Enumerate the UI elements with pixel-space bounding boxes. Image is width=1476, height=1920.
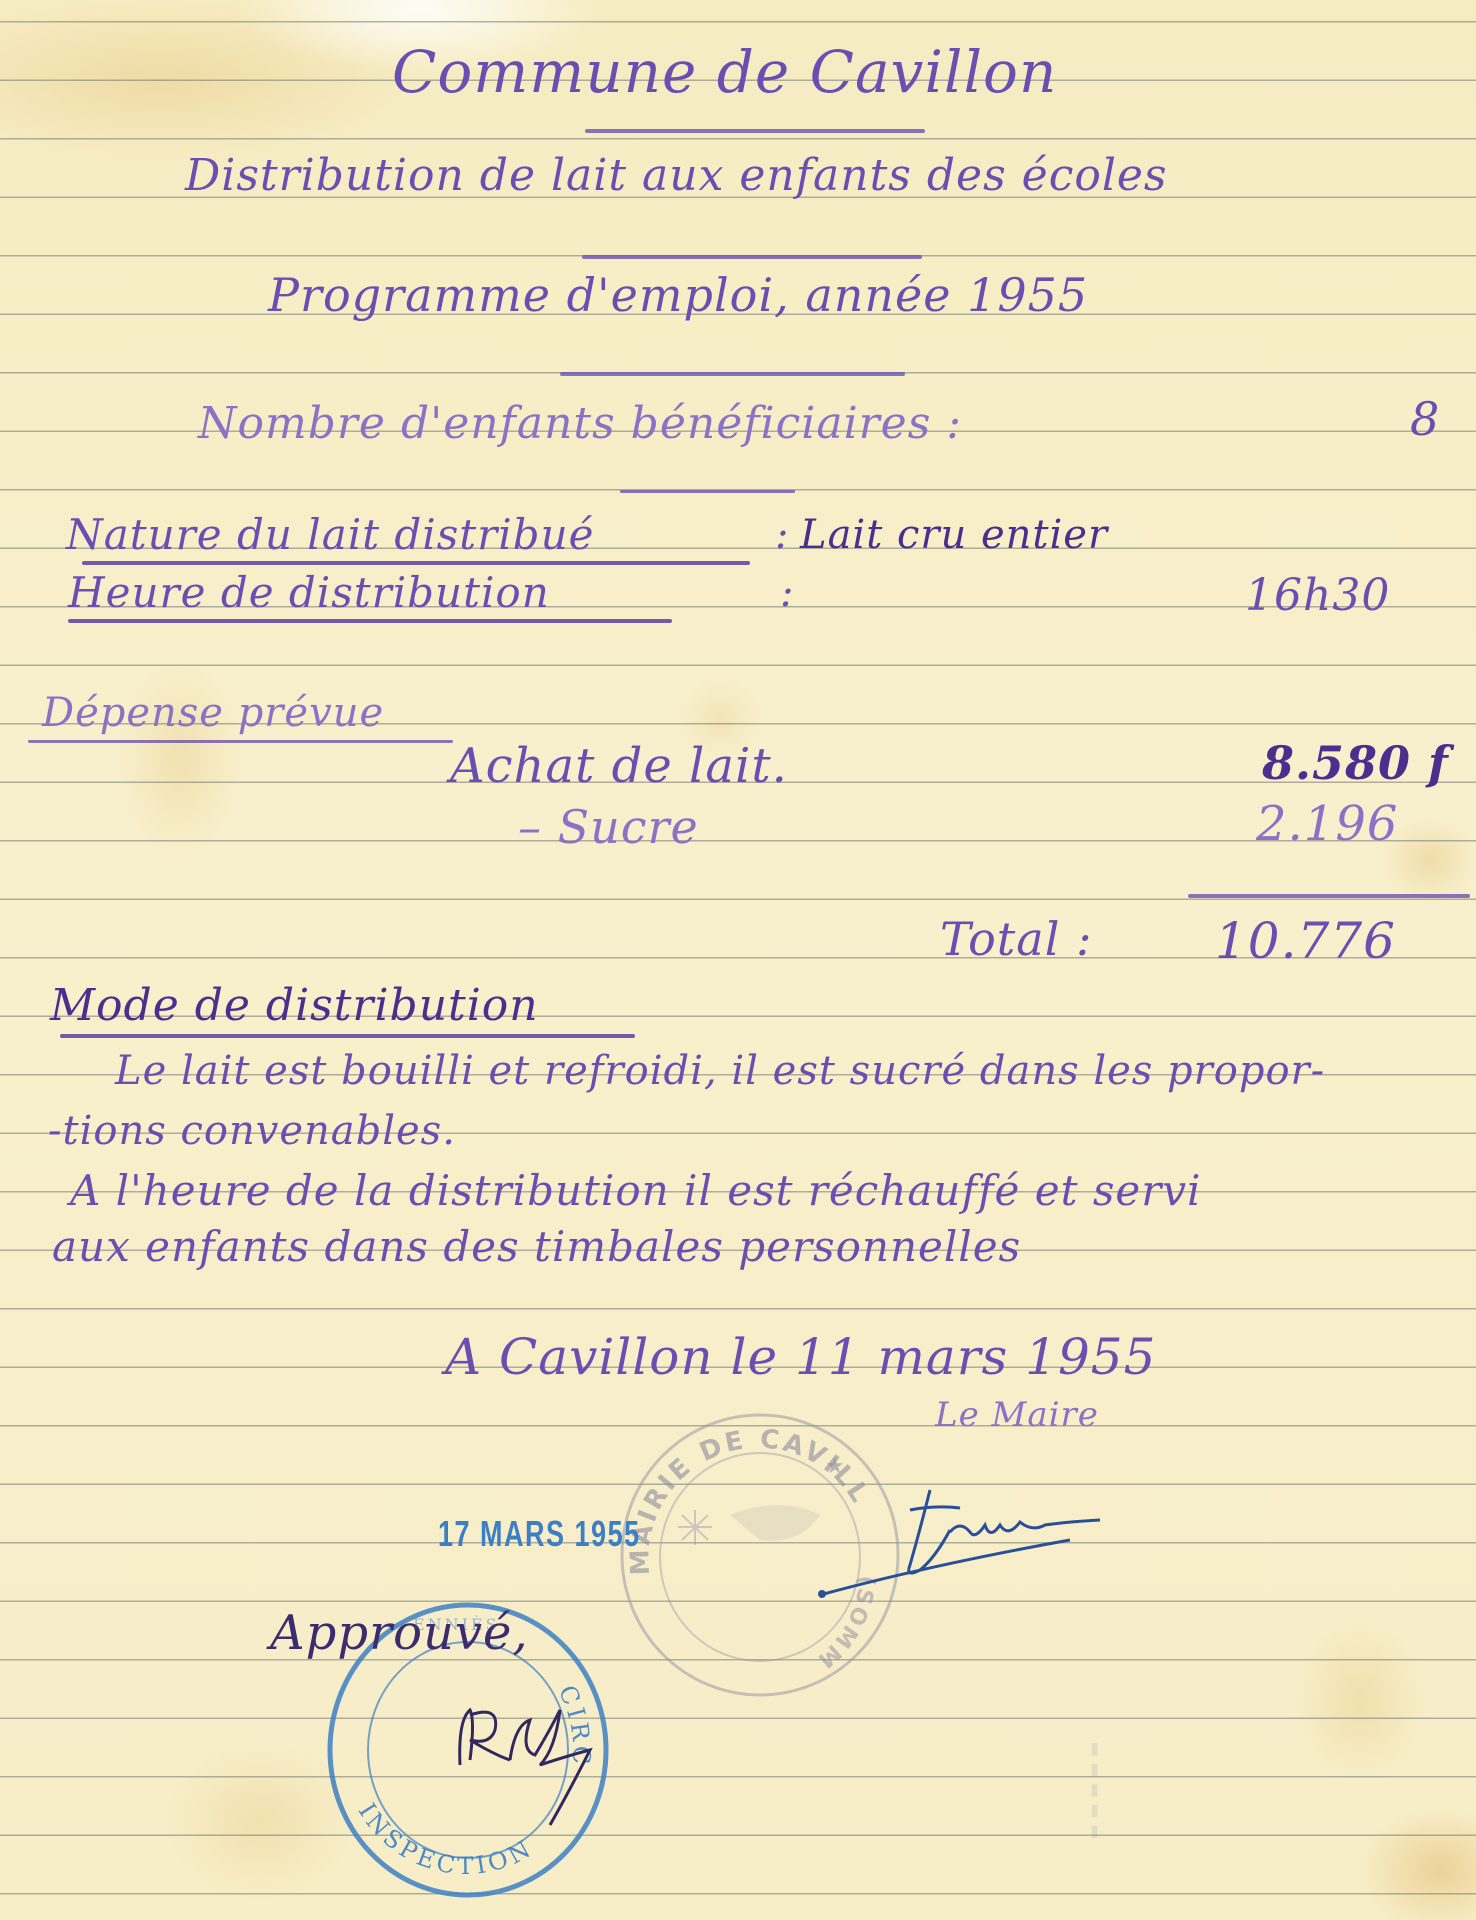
distribution-hour-value: 16h30 [1245,570,1390,621]
mode-line: -tions convenables. [48,1108,456,1154]
expense-item-amount: 8.580 f [1262,736,1449,790]
received-date-stamp: 17 MARS 1955 [438,1513,641,1555]
expense-item-amount: 2.196 [1256,796,1398,852]
approval-initials-signature [440,1680,620,1830]
expense-item-label: Achat de lait. [450,738,788,794]
mode-line: aux enfants dans des timbales personnell… [52,1222,1021,1271]
signatory-title: Le Maire [935,1395,1099,1435]
approval-text: Approuvé, [270,1605,529,1661]
milk-nature-underline [82,561,750,565]
beneficiaries-label: Nombre d'enfants bénéficiaires : [198,398,962,449]
milk-nature-value: Lait cru entier [800,512,1108,558]
document-subtitle: Distribution de lait aux enfants des éco… [185,150,1168,201]
title-separator [585,129,925,133]
mayor-signature [810,1470,1210,1620]
beneficiaries-separator [620,490,795,493]
total-label: Total : [940,912,1093,966]
subtitle-separator [582,255,922,259]
expense-item-label: – Sucre [518,800,699,854]
total-value: 10.776 [1215,912,1396,970]
milk-nature-separator: : [775,512,789,558]
distribution-hour-label: Heure de distribution [68,568,550,617]
expenses-heading: Dépense prévue [42,690,384,736]
total-rule [1188,894,1470,898]
milk-nature-label: Nature du lait distribué [66,510,594,559]
mode-line: A l'heure de la distribution il est réch… [70,1166,1201,1215]
program-separator [560,372,905,376]
distribution-hour-underline [68,619,672,623]
beneficiaries-value: 8 [1410,392,1440,446]
mode-line: Le lait est bouilli et refroidi, il est … [115,1048,1325,1094]
distribution-hour-separator: : [780,570,794,616]
document-title: Commune de Cavillon [392,38,1057,106]
place-and-date: A Cavillon le 11 mars 1955 [445,1328,1156,1386]
mode-heading: Mode de distribution [50,980,539,1031]
program-title: Programme d'emploi, année 1955 [268,268,1088,322]
mode-heading-underline [60,1034,635,1038]
expenses-heading-underline [28,740,453,743]
